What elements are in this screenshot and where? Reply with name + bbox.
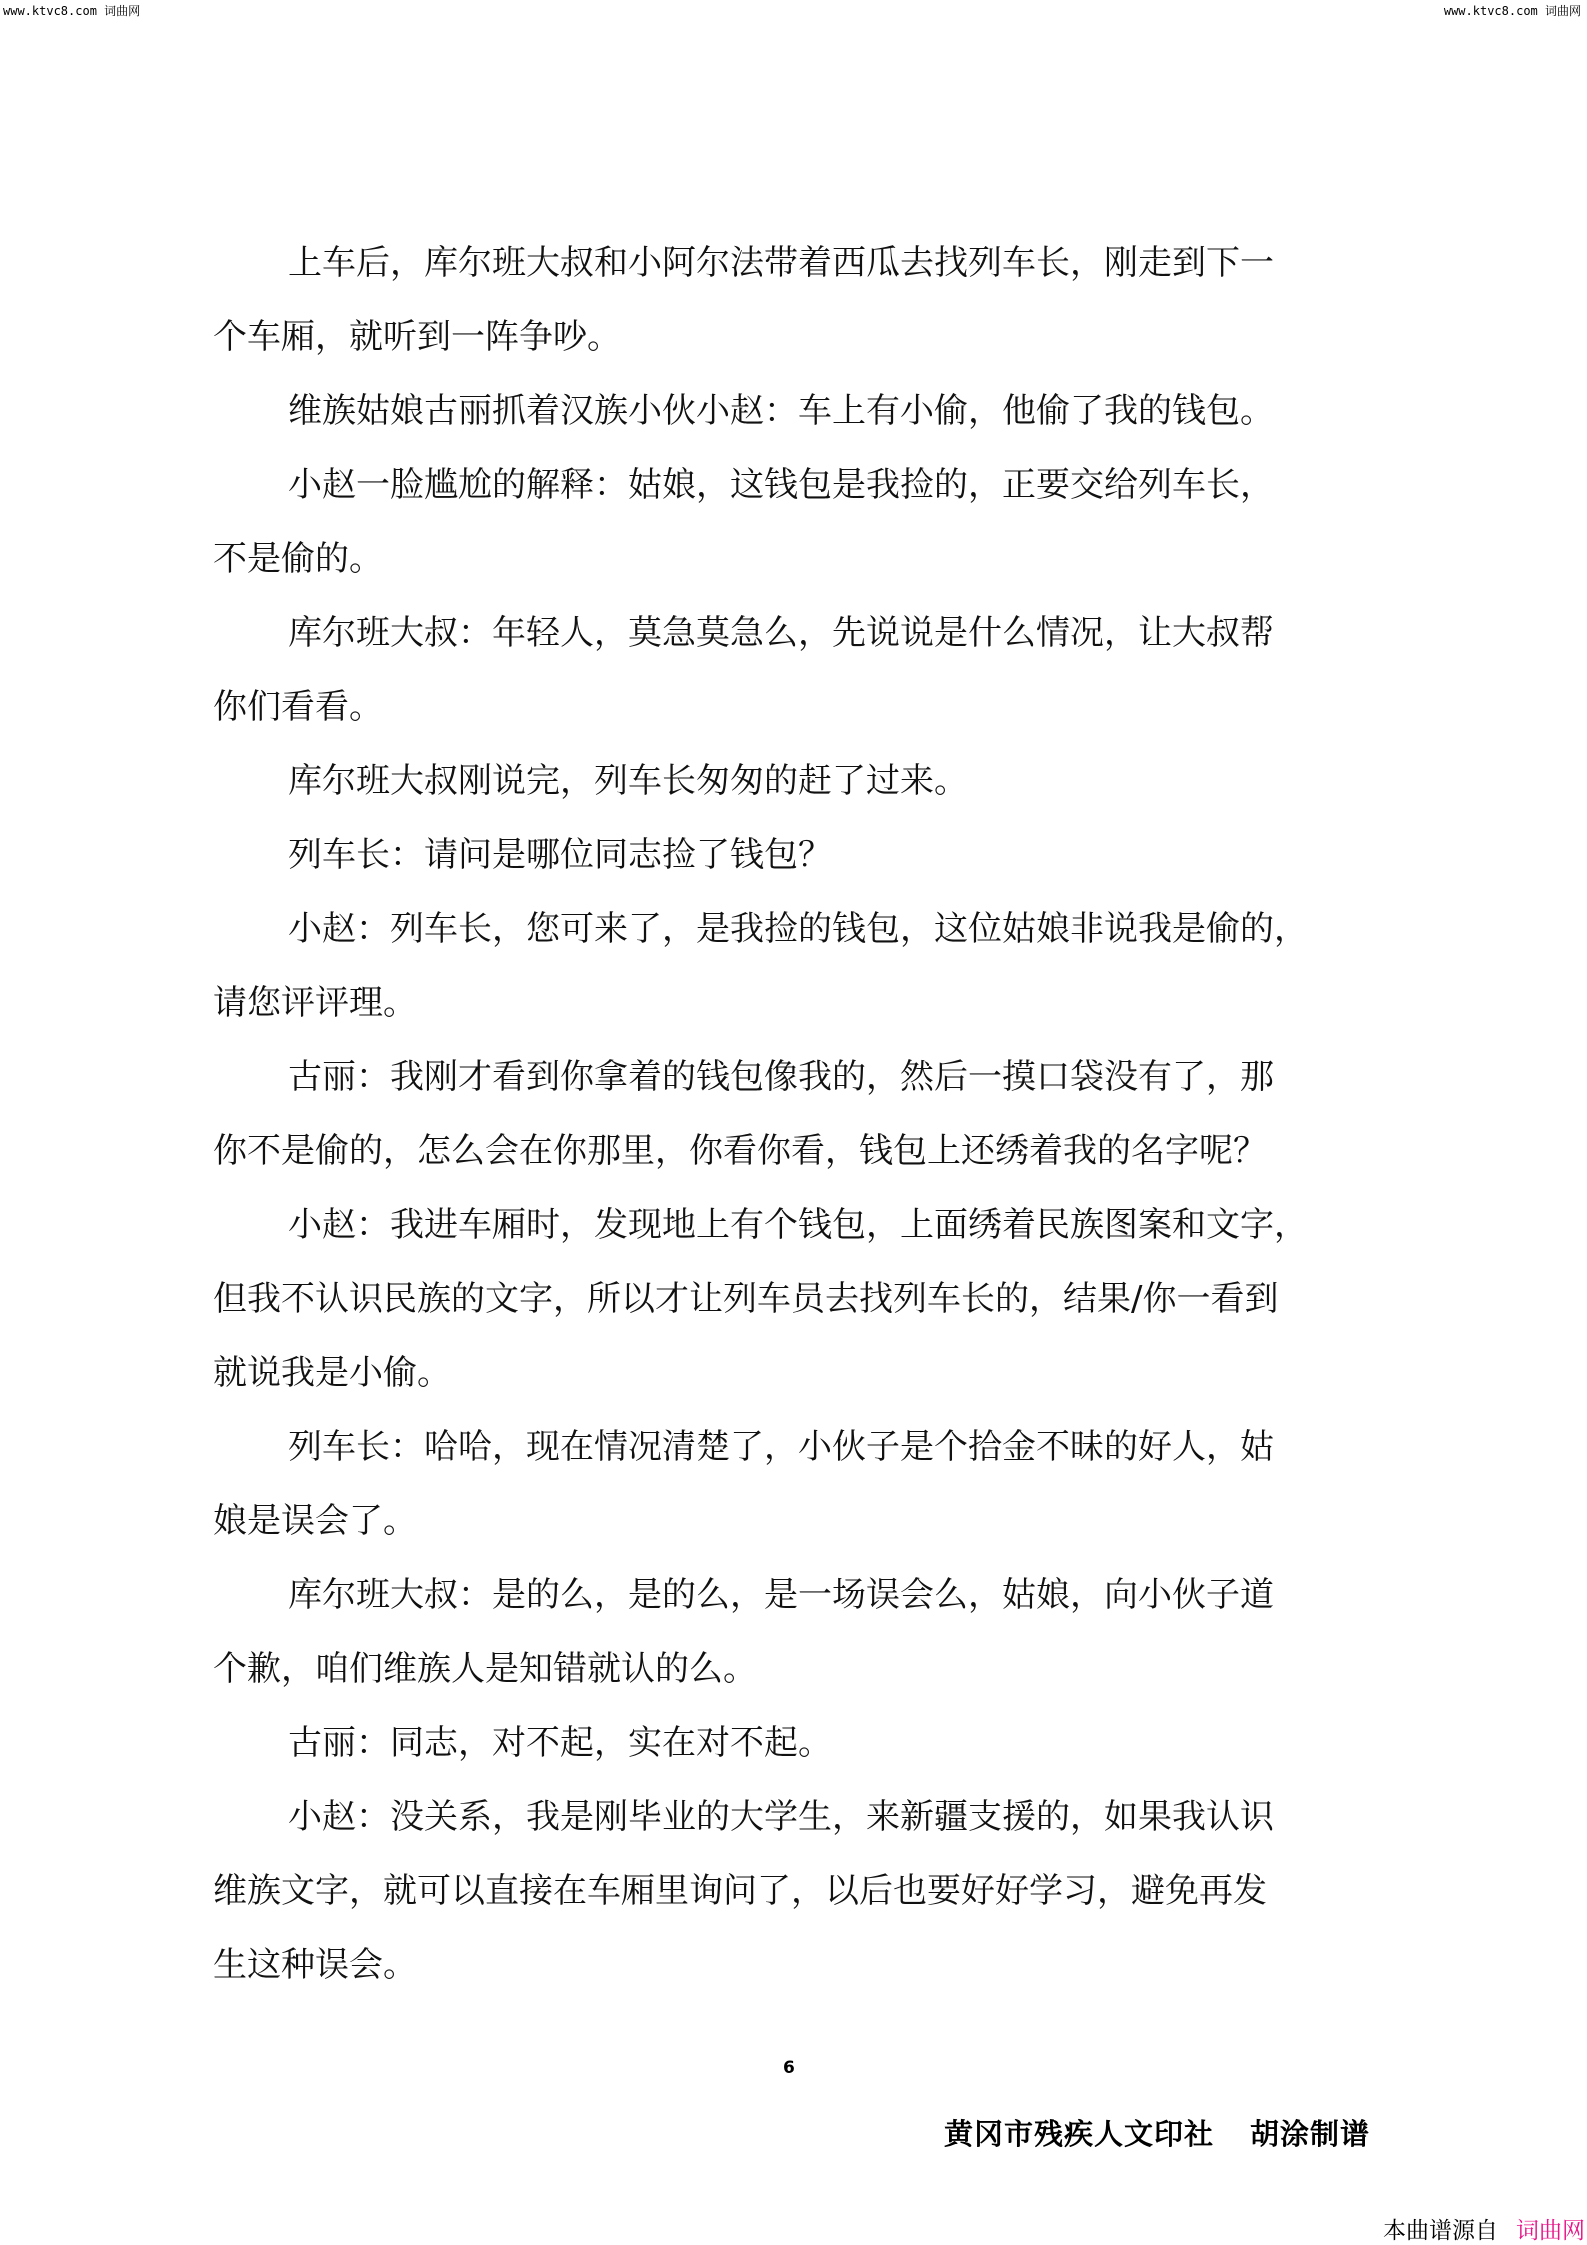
- text-line: 库尔班大叔：年轻人，莫急莫急么，先说说是什么情况，让大叔帮: [213, 596, 1413, 670]
- text-line: 个歉，咱们维族人是知错就认的么。: [213, 1632, 1413, 1706]
- publisher-name: 黄冈市残疾人文印社: [944, 2117, 1214, 2151]
- text-line: 你们看看。: [213, 670, 1413, 744]
- header-watermark-left: www.ktvc8.com 词曲网: [3, 2, 140, 19]
- score-maker: 胡涂制谱: [1250, 2117, 1370, 2151]
- page-number: 6: [783, 2058, 795, 2078]
- text-line: 古丽：我刚才看到你拿着的钱包像我的，然后一摸口袋没有了，那: [213, 1040, 1413, 1114]
- text-line: 小赵：列车长，您可来了，是我捡的钱包，这位姑娘非说我是偷的，: [213, 892, 1413, 966]
- text-line: 但我不认识民族的文字，所以才让列车员去找列车长的，结果/你一看到: [213, 1262, 1413, 1336]
- text-line: 库尔班大叔：是的么，是的么，是一场误会么，姑娘，向小伙子道: [213, 1558, 1413, 1632]
- document-body: 上车后，库尔班大叔和小阿尔法带着西瓜去找列车长，刚走到下一 个车厢，就听到一阵争…: [213, 226, 1413, 2002]
- text-line: 小赵：我进车厢时，发现地上有个钱包，上面绣着民族图案和文字，: [213, 1188, 1413, 1262]
- text-line: 就说我是小偷。: [213, 1336, 1413, 1410]
- publisher-credit: 黄冈市残疾人文印社胡涂制谱: [944, 2112, 1370, 2153]
- text-line: 维族姑娘古丽抓着汉族小伙小赵：车上有小偷，他偷了我的钱包。: [213, 374, 1413, 448]
- text-line: 库尔班大叔刚说完，列车长匆匆的赶了过来。: [213, 744, 1413, 818]
- source-brand-link[interactable]: 词曲网: [1516, 2218, 1585, 2244]
- text-line: 列车长：请问是哪位同志捡了钱包？: [213, 818, 1413, 892]
- text-line: 生这种误会。: [213, 1928, 1413, 2002]
- text-line: 维族文字，就可以直接在车厢里询问了，以后也要好好学习，避免再发: [213, 1854, 1413, 1928]
- header-watermark-right: www.ktvc8.com 词曲网: [1444, 2, 1581, 19]
- source-prefix: 本曲谱源自: [1383, 2218, 1498, 2244]
- text-line: 古丽：同志，对不起，实在对不起。: [213, 1706, 1413, 1780]
- text-line: 小赵：没关系，我是刚毕业的大学生，来新疆支援的，如果我认识: [213, 1780, 1413, 1854]
- text-line: 不是偷的。: [213, 522, 1413, 596]
- text-line: 请您评评理。: [213, 966, 1413, 1040]
- text-line: 列车长：哈哈，现在情况清楚了，小伙子是个拾金不昧的好人，姑: [213, 1410, 1413, 1484]
- source-credit: 本曲谱源自词曲网: [1383, 2212, 1585, 2245]
- text-line: 娘是误会了。: [213, 1484, 1413, 1558]
- text-line: 上车后，库尔班大叔和小阿尔法带着西瓜去找列车长，刚走到下一: [213, 226, 1413, 300]
- text-line: 小赵一脸尴尬的解释：姑娘，这钱包是我捡的，正要交给列车长，: [213, 448, 1413, 522]
- text-line: 你不是偷的，怎么会在你那里，你看你看，钱包上还绣着我的名字呢？: [213, 1114, 1413, 1188]
- text-line: 个车厢，就听到一阵争吵。: [213, 300, 1413, 374]
